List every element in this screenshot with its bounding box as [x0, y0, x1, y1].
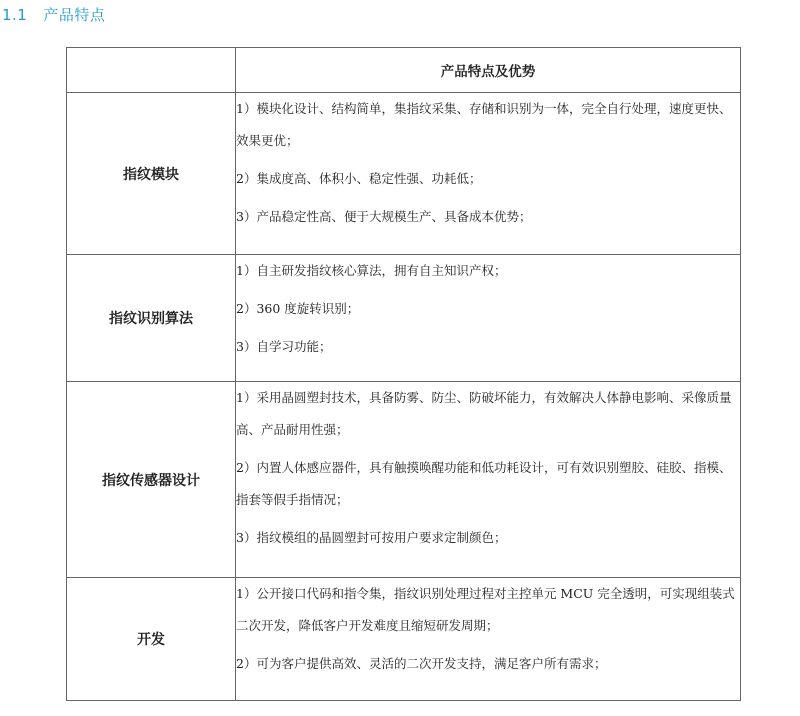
feature-item: 2）内置人体感应器件，具有触摸唤醒功能和低功耗设计，可有效识别塑胶、硅胶、指模、…	[236, 452, 740, 516]
header-cell-empty	[67, 48, 236, 93]
row-label: 指纹模块	[67, 93, 236, 255]
row-content: 1）采用晶圆塑封技术，具备防雾、防尘、防破坏能力，有效解决人体静电影响、采像质量…	[236, 382, 741, 578]
section-number: 1.1	[2, 6, 27, 24]
table-row: 指纹传感器设计 1）采用晶圆塑封技术，具备防雾、防尘、防破坏能力，有效解决人体静…	[67, 382, 741, 578]
feature-item: 2）可为客户提供高效、灵活的二次开发支持，满足客户所有需求；	[236, 648, 740, 680]
product-features-table: 产品特点及优势 指纹模块 1）模块化设计、结构简单，集指纹采集、存储和识别为一体…	[66, 47, 741, 701]
feature-item: 1）模块化设计、结构简单，集指纹采集、存储和识别为一体，完全自行处理，速度更快、…	[236, 93, 740, 157]
table-row: 指纹识别算法 1）自主研发指纹核心算法，拥有自主知识产权； 2）360 度旋转识…	[67, 255, 741, 382]
feature-item: 3）指纹模组的晶圆塑封可按用户要求定制颜色；	[236, 522, 740, 554]
feature-item: 3）产品稳定性高、便于大规模生产、具备成本优势；	[236, 201, 740, 233]
table-row: 开发 1）公开接口代码和指令集，指纹识别处理过程对主控单元 MCU 完全透明，可…	[67, 578, 741, 701]
row-label: 开发	[67, 578, 236, 701]
table-row: 指纹模块 1）模块化设计、结构简单，集指纹采集、存储和识别为一体，完全自行处理，…	[67, 93, 741, 255]
feature-item: 1）自主研发指纹核心算法，拥有自主知识产权；	[236, 255, 740, 287]
feature-item: 2）集成度高、体积小、稳定性强、功耗低；	[236, 163, 740, 195]
row-label: 指纹识别算法	[67, 255, 236, 382]
row-content: 1）自主研发指纹核心算法，拥有自主知识产权； 2）360 度旋转识别； 3）自学…	[236, 255, 741, 382]
row-content: 1）模块化设计、结构简单，集指纹采集、存储和识别为一体，完全自行处理，速度更快、…	[236, 93, 741, 255]
table-header-row: 产品特点及优势	[67, 48, 741, 93]
section-title: 产品特点	[43, 6, 105, 24]
header-cell-features: 产品特点及优势	[236, 48, 741, 93]
row-content: 1）公开接口代码和指令集，指纹识别处理过程对主控单元 MCU 完全透明，可实现组…	[236, 578, 741, 701]
feature-item: 2）360 度旋转识别；	[236, 293, 740, 325]
row-label: 指纹传感器设计	[67, 382, 236, 578]
section-heading: 1.1产品特点	[2, 4, 105, 25]
feature-item: 1）公开接口代码和指令集，指纹识别处理过程对主控单元 MCU 完全透明，可实现组…	[236, 578, 740, 642]
feature-item: 3）自学习功能；	[236, 331, 740, 363]
feature-item: 1）采用晶圆塑封技术，具备防雾、防尘、防破坏能力，有效解决人体静电影响、采像质量…	[236, 382, 740, 446]
